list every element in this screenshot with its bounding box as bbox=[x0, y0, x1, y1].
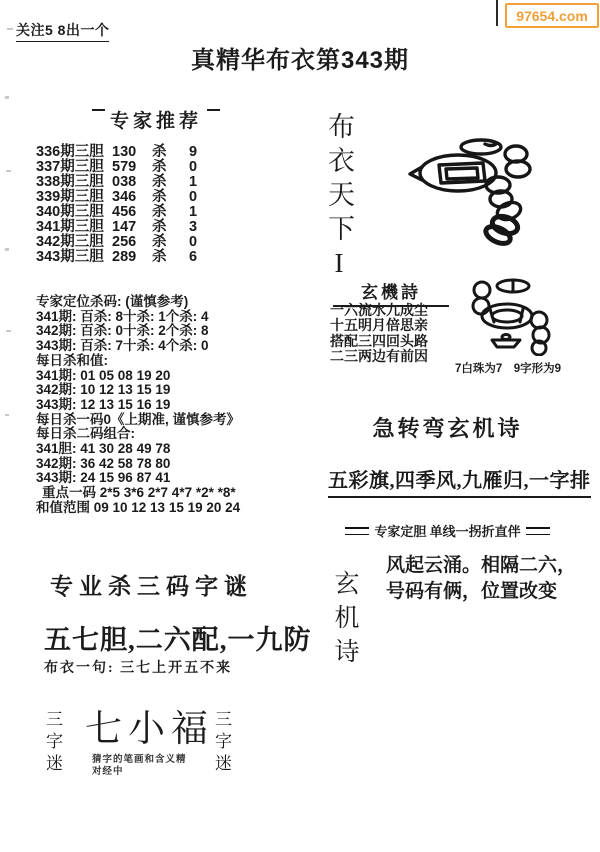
kill-line: 342期: 10 12 13 15 19 bbox=[36, 383, 240, 398]
kill-digit: 3 bbox=[189, 220, 197, 235]
poem-line: 风起云涌。相隔二六， bbox=[386, 553, 600, 579]
beads-doodle-sketch bbox=[450, 276, 565, 356]
kill-digit: 6 bbox=[189, 250, 197, 265]
overline-tick bbox=[207, 109, 220, 119]
kill-subheading: 每日杀和值: bbox=[36, 354, 240, 369]
candidates-cell: 130 bbox=[112, 145, 152, 160]
scan-artifact bbox=[7, 28, 13, 30]
scan-artifact bbox=[6, 330, 11, 332]
candidates-cell: 147 bbox=[112, 220, 152, 235]
candidates-cell: 579 bbox=[112, 160, 152, 175]
mystic-poem: 一六流水九成尘 十五明月倍思亲 搭配三四回头路 二三两边有前因 bbox=[330, 304, 428, 365]
period-cell: 336期三胆 bbox=[36, 145, 112, 160]
kill-three-phrase: 五七胆,二六配,一九防 bbox=[44, 618, 312, 657]
beads-caption: 7白珠为7 9字形为9 bbox=[455, 360, 561, 376]
site-badge[interactable]: 97654.com bbox=[505, 3, 599, 28]
recommend-row: 339期三胆 346 杀 0 bbox=[36, 190, 197, 205]
candidates-cell: 256 bbox=[112, 235, 152, 250]
riddle-right-label: 三字迷 bbox=[209, 710, 234, 776]
period-cell: 337期三胆 bbox=[36, 160, 112, 175]
mystic-poem-title: 玄機詩 bbox=[333, 278, 449, 307]
kill-digit: 0 bbox=[189, 190, 197, 205]
recommend-row: 341期三胆 147 杀 3 bbox=[36, 220, 197, 235]
riddle-answer: 七小福 bbox=[85, 698, 214, 752]
candidates-cell: 038 bbox=[112, 175, 152, 190]
period-cell: 338期三胆 bbox=[36, 175, 112, 190]
recommend-table: 336期三胆 130 杀 9 337期三胆 579 杀 0 338期三胆 038… bbox=[36, 145, 197, 265]
banner-rule bbox=[345, 527, 369, 535]
banner-rule bbox=[526, 527, 550, 535]
recommend-row: 342期三胆 256 杀 0 bbox=[36, 235, 197, 250]
overline-tick bbox=[92, 109, 105, 119]
recommend-heading: 专家推荐 bbox=[92, 106, 220, 133]
recommend-row: 337期三胆 579 杀 0 bbox=[36, 160, 197, 175]
kill-label: 杀 bbox=[152, 235, 189, 250]
kill-label: 杀 bbox=[152, 190, 189, 205]
kill-line: 343期: 12 13 15 16 19 bbox=[36, 398, 240, 413]
riddle-left-label: 三字迷 bbox=[40, 710, 65, 776]
mystic-poem-line: 二三两边有前因 bbox=[330, 350, 428, 365]
kill-label: 杀 bbox=[152, 160, 189, 175]
period-cell: 343期三胆 bbox=[36, 250, 112, 265]
sharp-turn-phrase-wrap: 五彩旗,四季风,九雁归,一字排 bbox=[328, 464, 568, 498]
recommend-row: 336期三胆 130 杀 9 bbox=[36, 145, 197, 160]
kill-line: 342期: 36 42 58 78 80 bbox=[36, 457, 240, 472]
period-cell: 341期三胆 bbox=[36, 220, 112, 235]
riddle-note-line: 猜字的笔画和含义精 bbox=[92, 754, 187, 766]
kill-digit: 1 bbox=[189, 175, 197, 190]
scan-artifact bbox=[5, 248, 9, 251]
kill-label: 杀 bbox=[152, 145, 189, 160]
kill-label: 杀 bbox=[152, 250, 189, 265]
kill-digit: 0 bbox=[189, 160, 197, 175]
period-cell: 339期三胆 bbox=[36, 190, 112, 205]
candidates-cell: 346 bbox=[112, 190, 152, 205]
sharp-turn-phrase: 五彩旗,四季风,九雁归,一字排 bbox=[328, 464, 591, 498]
xuanjishi-vertical-title: 玄机诗 bbox=[326, 570, 362, 672]
kill-subheading: 每日杀二码组合: bbox=[36, 427, 240, 442]
buyi-sentence: 布衣一句: 三七上开五不来 bbox=[44, 657, 232, 677]
expert-banner-label: 专家定胆 单线一拐折直伴 bbox=[374, 521, 520, 540]
kill-line: 341期: 01 05 08 19 20 bbox=[36, 369, 240, 384]
kill-line: 343期: 24 15 96 87 41 bbox=[36, 471, 240, 486]
recommend-row: 340期三胆 456 杀 1 bbox=[36, 205, 197, 220]
period-cell: 340期三胆 bbox=[36, 205, 112, 220]
scan-artifact bbox=[5, 96, 9, 99]
bottom-right-poem: 风起云涌。相隔二六， 号码有俩，位置改变 bbox=[386, 553, 600, 605]
period-cell: 342期三胆 bbox=[36, 235, 112, 250]
key-code-line: 重点一码 2*5 3*6 2*7 4*7 *2* *8* bbox=[36, 486, 240, 501]
kill-section: 专家定位杀码: (谨慎参考) 341期: 百杀: 8十杀: 1个杀: 4 342… bbox=[36, 295, 240, 516]
candidates-cell: 456 bbox=[112, 205, 152, 220]
page-title: 真精华布衣第343期 bbox=[0, 40, 600, 75]
kill-line: 343期: 百杀: 7十杀: 4个杀: 0 bbox=[36, 339, 240, 354]
scan-artifact bbox=[5, 414, 9, 416]
buyi-vertical-title: 布衣天下I bbox=[320, 112, 359, 285]
mystic-poem-line: 搭配三四回头路 bbox=[330, 335, 428, 350]
riddle-note: 猜字的笔画和含义精 对经中 bbox=[92, 754, 187, 778]
kill-line: 341胆: 41 30 28 49 78 bbox=[36, 442, 240, 457]
kill-digit: 0 bbox=[189, 235, 197, 250]
coin-doodle-sketch bbox=[405, 122, 535, 247]
kill-label: 杀 bbox=[152, 175, 189, 190]
page-root: 关注5 8出一个 97654.com 真精华布衣第343期 专家推荐 336期三… bbox=[0, 0, 600, 852]
recommend-row: 338期三胆 038 杀 1 bbox=[36, 175, 197, 190]
riddle-note-line: 对经中 bbox=[92, 766, 187, 778]
kill-label: 杀 bbox=[152, 220, 189, 235]
expert-banner: 专家定胆 单线一拐折直伴 bbox=[330, 521, 565, 540]
scan-artifact bbox=[6, 170, 11, 172]
kill-three-heading: 专业杀三码字谜 bbox=[50, 568, 253, 601]
kill-label: 杀 bbox=[152, 205, 189, 220]
scan-line-artifact bbox=[496, 0, 498, 26]
watch-note: 关注5 8出一个 bbox=[16, 20, 109, 42]
poem-line: 号码有俩，位置改变 bbox=[386, 579, 600, 605]
mystic-poem-line: 一六流水九成尘 bbox=[330, 304, 428, 319]
sum-range-line: 和值范围 09 10 12 13 15 19 20 24 bbox=[36, 501, 240, 516]
kill-heading: 专家定位杀码: (谨慎参考) bbox=[36, 295, 240, 310]
kill-line: 342期: 百杀: 0十杀: 2个杀: 8 bbox=[36, 324, 240, 339]
recommend-heading-label: 专家推荐 bbox=[110, 106, 202, 133]
kill-digit: 1 bbox=[189, 205, 197, 220]
mystic-poem-line: 十五明月倍思亲 bbox=[330, 319, 428, 334]
candidates-cell: 289 bbox=[112, 250, 152, 265]
recommend-row: 343期三胆 289 杀 6 bbox=[36, 250, 197, 265]
kill-digit: 9 bbox=[189, 145, 197, 160]
sharp-turn-heading: 急转弯玄机诗 bbox=[330, 412, 565, 443]
